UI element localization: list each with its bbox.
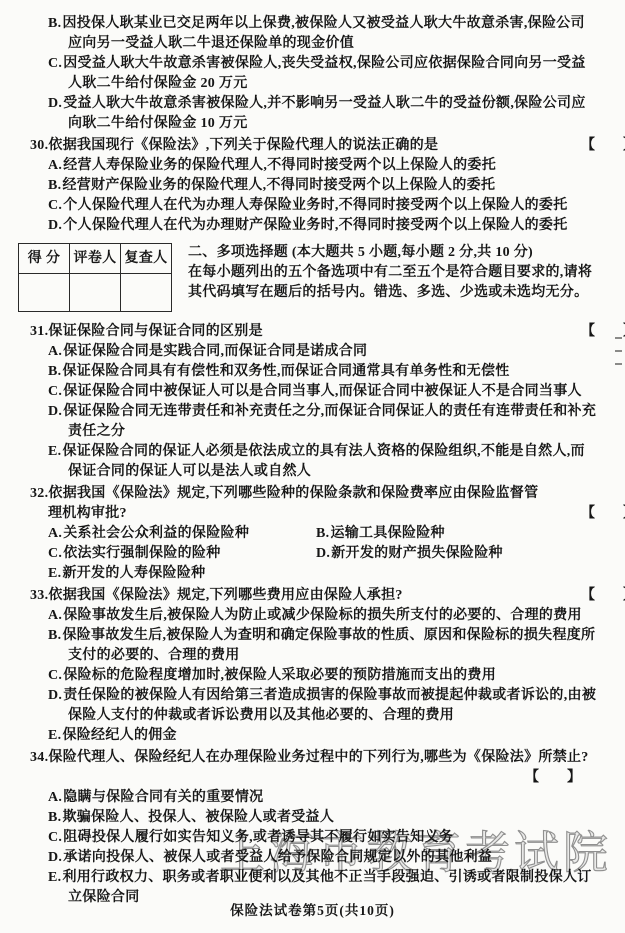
option-label: D.: [48, 96, 63, 111]
option-label: C.: [48, 830, 63, 845]
option-label: C.: [48, 56, 63, 71]
option-text: 保证保险合同中被保证人可以是合同当事人,而保证合同中被保证人不是合同当事人: [63, 384, 582, 399]
page-content: B.因投保人耿某业已交足两年以上保费,被保险人又被受益人耿大牛故意杀害,保险公司…: [0, 0, 625, 908]
option-text: 保险经纪人的佣金: [62, 728, 176, 743]
option-row-c: C.保险标的危险程度增加时,被保险人采取必要的预防措施而支出的费用: [30, 666, 599, 686]
question-32: 32.依据我国《保险法》规定,下列哪些险种的保险条款和保险费率应由保险监督管理机…: [30, 484, 599, 584]
option-label: D.: [48, 850, 63, 865]
option-text: 保证保险合同是实践合同,而保证合同是诺成合同: [63, 344, 367, 359]
option-label: C.: [48, 198, 63, 213]
option-row-b: B.因投保人耿某业已交足两年以上保费,被保险人又被受益人耿大牛故意杀害,保险公司…: [30, 14, 599, 54]
option-row-c: C.保证保险合同中被保证人可以是合同当事人,而保证合同中被保证人不是合同当事人: [30, 382, 599, 402]
option-label: E.: [48, 566, 62, 581]
option-label: C.: [48, 668, 63, 683]
option-label: E.: [48, 870, 62, 885]
option-row-a: A.保险事故发生后,被保险人为防止或减少保险标的损失所支付的必要的、合理的费用: [30, 606, 599, 626]
option-row-a: A.经营人寿保险业务的保险代理人,不得同时接受两个以上保险人的委托: [30, 156, 599, 176]
question-stem-text: 依据我国现行《保险法》,下列关于保险代理人的说法正确的是: [48, 138, 438, 153]
option-label: A.: [48, 790, 63, 805]
option-text: 个人保险代理人在代为办理财产保险业务时,不得同时接受两个以上保险人的委托: [63, 218, 567, 233]
answer-bracket: 【 】: [581, 136, 625, 156]
answer-bracket: 【 】: [30, 768, 599, 788]
score-table-empty-cell: [19, 274, 70, 312]
option-text: 关系社会公众利益的保险险种: [63, 526, 249, 541]
question-31: 31.保证保险合同与保证合同的区别是 【 】 A.保证保险合同是实践合同,而保证…: [30, 322, 599, 482]
score-table-empty-cell: [70, 274, 121, 312]
score-table-header-reviewer: 复查人: [121, 244, 172, 274]
option-row-c: C.个人保险代理人在代为办理人寿保险业务时,不得同时接受两个以上保险人的委托: [30, 196, 599, 216]
option-row-c: C.依法实行强制保险的险种: [30, 544, 298, 564]
option-text: 责任保险的被保险人有因给第三者造成损害的保险事故而被提起仲裁或者诉讼的,由被保险…: [63, 688, 596, 723]
answer-bracket: 【 】: [581, 586, 625, 606]
option-text: 经营人寿保险业务的保险代理人,不得同时接受两个以上保险人的委托: [63, 158, 496, 173]
option-row-b: B.运输工具保险险种: [298, 524, 599, 544]
score-table-header-grader: 评卷人: [70, 244, 121, 274]
option-text: 欺骗保险人、投保人、被保险人或者受益人: [62, 810, 334, 825]
question-number: 32.: [30, 486, 48, 501]
option-label: A.: [48, 526, 63, 541]
question-stem-text: 依据我国《保险法》规定,下列哪些费用应由保险人承担?: [48, 588, 402, 603]
option-row-c: C.阻碍投保人履行如实告知义务,或者诱导其不履行如实告知义务: [30, 828, 599, 848]
question-number: 33.: [30, 588, 48, 603]
question-stem-text: 保证保险合同与保证合同的区别是: [48, 324, 263, 339]
option-text: 保险事故发生后,被保险人为查明和确定保险事故的性质、原因和保险标的损失程度所支付…: [62, 628, 595, 663]
question-34-stem: 34.保险代理人、保险经纪人在办理保险业务过程中的下列行为,哪些为《保险法》所禁…: [30, 748, 599, 768]
option-label: E.: [48, 728, 62, 743]
option-label: E.: [48, 444, 62, 459]
option-text: 经营财产保险业务的保险代理人,不得同时接受两个以上保险人的委托: [62, 178, 495, 193]
option-text: 个人保险代理人在代为办理人寿保险业务时,不得同时接受两个以上保险人的委托: [63, 198, 567, 213]
option-text: 新开发的人寿保险险种: [62, 566, 205, 581]
question-30: 30.依据我国现行《保险法》,下列关于保险代理人的说法正确的是 【 】 A.经营…: [30, 136, 599, 236]
option-text: 依法实行强制保险的险种: [63, 546, 220, 561]
option-row-d: D.个人保险代理人在代为办理财产保险业务时,不得同时接受两个以上保险人的委托: [30, 216, 599, 236]
exam-paper-page: 上海市教育考试院 B.因投保人耿某业已交足两年以上保费,被保险人又被受益人耿大牛…: [0, 0, 625, 933]
option-text: 受益人耿大牛故意杀害被保险人,并不影响另一受益人耿二牛的受益份额,保险公司应向耿…: [63, 96, 585, 131]
section-2-instruction: 在每小题列出的五个备选项中有二至五个是符合题目要求的,请将其代码填写在题后的括号…: [188, 263, 599, 303]
option-row-b: B.欺骗保险人、投保人、被保险人或者受益人: [30, 808, 599, 828]
score-table-header-score: 得 分: [19, 244, 70, 274]
option-row-d: D.承诺向投保人、被保人或者受益人给予保险合同规定以外的其他利益: [30, 848, 599, 868]
option-text: 保险标的危险程度增加时,被保险人采取必要的预防措施而支出的费用: [63, 668, 496, 683]
option-text: 保证保险合同无连带责任和补充责任之分,而保证合同保证人的责任有连带责任和补充责任…: [63, 404, 596, 439]
option-label: A.: [48, 608, 63, 623]
question-number: 31.: [30, 324, 48, 339]
score-table: 得 分 评卷人 复查人: [18, 243, 172, 312]
option-label: B.: [48, 16, 62, 31]
option-label: D.: [316, 546, 331, 561]
option-row-d: D.新开发的财产损失保险险种: [298, 544, 599, 564]
option-text: 因受益人耿大牛故意杀害被保险人,丧失受益权,保险公司应依据保险合同向另一受益人耿…: [63, 56, 585, 91]
option-row-e: E.新开发的人寿保险险种: [30, 564, 298, 584]
option-label: B.: [48, 810, 62, 825]
question-number: 34.: [30, 750, 48, 765]
option-label: A.: [48, 344, 63, 359]
option-text: 因投保人耿某业已交足两年以上保费,被保险人又被受益人耿大牛故意杀害,保险公司应向…: [62, 16, 584, 51]
question-34: 34.保险代理人、保险经纪人在办理保险业务过程中的下列行为,哪些为《保险法》所禁…: [30, 748, 599, 908]
answer-bracket: 【 】: [581, 504, 625, 524]
question-32-options: A.关系社会公众利益的保险险种 B.运输工具保险险种 C.依法实行强制保险的险种…: [30, 524, 599, 584]
option-row-b: B.保证保险合同具有有偿性和双务性,而保证合同通常具有单务性和无偿性: [30, 362, 599, 382]
question-stem-text: 保险代理人、保险经纪人在办理保险业务过程中的下列行为,哪些为《保险法》所禁止?: [48, 750, 588, 765]
question-31-stem: 31.保证保险合同与保证合同的区别是 【 】: [30, 322, 599, 342]
option-label: D.: [48, 688, 63, 703]
question-30-stem: 30.依据我国现行《保险法》,下列关于保险代理人的说法正确的是 【 】: [30, 136, 599, 156]
option-row-e: E.保险经纪人的佣金: [30, 726, 599, 746]
option-label: D.: [48, 404, 63, 419]
option-row-b: B.保险事故发生后,被保险人为查明和确定保险事故的性质、原因和保险标的损失程度所…: [30, 626, 599, 666]
answer-bracket: 【 】: [581, 322, 625, 342]
score-and-section-row: 得 分 评卷人 复查人 二、多项选择题 (本大题共 5 小题,每小题 2 分,共…: [18, 243, 599, 312]
option-label: C.: [48, 546, 63, 561]
option-text: 承诺向投保人、被保人或者受益人给予保险合同规定以外的其他利益: [63, 850, 492, 865]
option-text: 利用行政权力、职务或者职业便利以及其他不正当手段强迫、引诱或者限制投保人订立保险…: [62, 870, 591, 905]
option-text: 阻碍投保人履行如实告知义务,或者诱导其不履行如实告知义务: [63, 830, 453, 845]
option-label: B.: [316, 526, 330, 541]
previous-question-options: B.因投保人耿某业已交足两年以上保费,被保险人又被受益人耿大牛故意杀害,保险公司…: [30, 14, 599, 134]
option-label: B.: [48, 178, 62, 193]
option-text: 运输工具保险险种: [330, 526, 444, 541]
option-row-d: D.责任保险的被保险人有因给第三者造成损害的保险事故而被提起仲裁或者诉讼的,由被…: [30, 686, 599, 726]
option-text: 保险事故发生后,被保险人为防止或减少保险标的损失所支付的必要的、合理的费用: [63, 608, 582, 623]
question-33: 33.依据我国《保险法》规定,下列哪些费用应由保险人承担? 【 】 A.保险事故…: [30, 586, 599, 746]
question-33-stem: 33.依据我国《保险法》规定,下列哪些费用应由保险人承担? 【 】: [30, 586, 599, 606]
section-2-header: 二、多项选择题 (本大题共 5 小题,每小题 2 分,共 10 分) 在每小题列…: [188, 243, 599, 303]
option-row-a: A.保证保险合同是实践合同,而保证合同是诺成合同: [30, 342, 599, 362]
option-row-e: E.保证保险合同的保证人必须是依法成立的具有法人资格的保险组织,不能是自然人,而…: [30, 442, 599, 482]
option-label: C.: [48, 384, 63, 399]
section-2-title: 二、多项选择题 (本大题共 5 小题,每小题 2 分,共 10 分): [188, 243, 599, 263]
question-32-stem: 32.依据我国《保险法》规定,下列哪些险种的保险条款和保险费率应由保险监督管理机…: [30, 484, 599, 524]
option-row-d: D.保证保险合同无连带责任和补充责任之分,而保证合同保证人的责任有连带责任和补充…: [30, 402, 599, 442]
option-label: A.: [48, 158, 63, 173]
question-stem-text: 依据我国《保险法》规定,下列哪些险种的保险条款和保险费率应由保险监督管理机构审批…: [48, 486, 538, 521]
option-text: 保证保险合同具有有偿性和双务性,而保证合同通常具有单务性和无偿性: [62, 364, 509, 379]
option-row-b: B.经营财产保险业务的保险代理人,不得同时接受两个以上保险人的委托: [30, 176, 599, 196]
option-label: B.: [48, 364, 62, 379]
page-footer: 保险法试卷第5页(共10页): [0, 901, 625, 921]
option-row-d: D.受益人耿大牛故意杀害被保险人,并不影响另一受益人耿二牛的受益份额,保险公司应…: [30, 94, 599, 134]
option-row-a: A.隐瞒与保险合同有关的重要情况: [30, 788, 599, 808]
option-text: 保证保险合同的保证人必须是依法成立的具有法人资格的保险组织,不能是自然人,而保证…: [62, 444, 584, 479]
option-label: B.: [48, 628, 62, 643]
option-row-a: A.关系社会公众利益的保险险种: [30, 524, 298, 544]
option-label: D.: [48, 218, 63, 233]
option-text: 新开发的财产损失保险险种: [331, 546, 503, 561]
option-text: 隐瞒与保险合同有关的重要情况: [63, 790, 263, 805]
question-number: 30.: [30, 138, 48, 153]
option-row-c: C.因受益人耿大牛故意杀害被保险人,丧失受益权,保险公司应依据保险合同向另一受益…: [30, 54, 599, 94]
score-table-empty-cell: [121, 274, 172, 312]
